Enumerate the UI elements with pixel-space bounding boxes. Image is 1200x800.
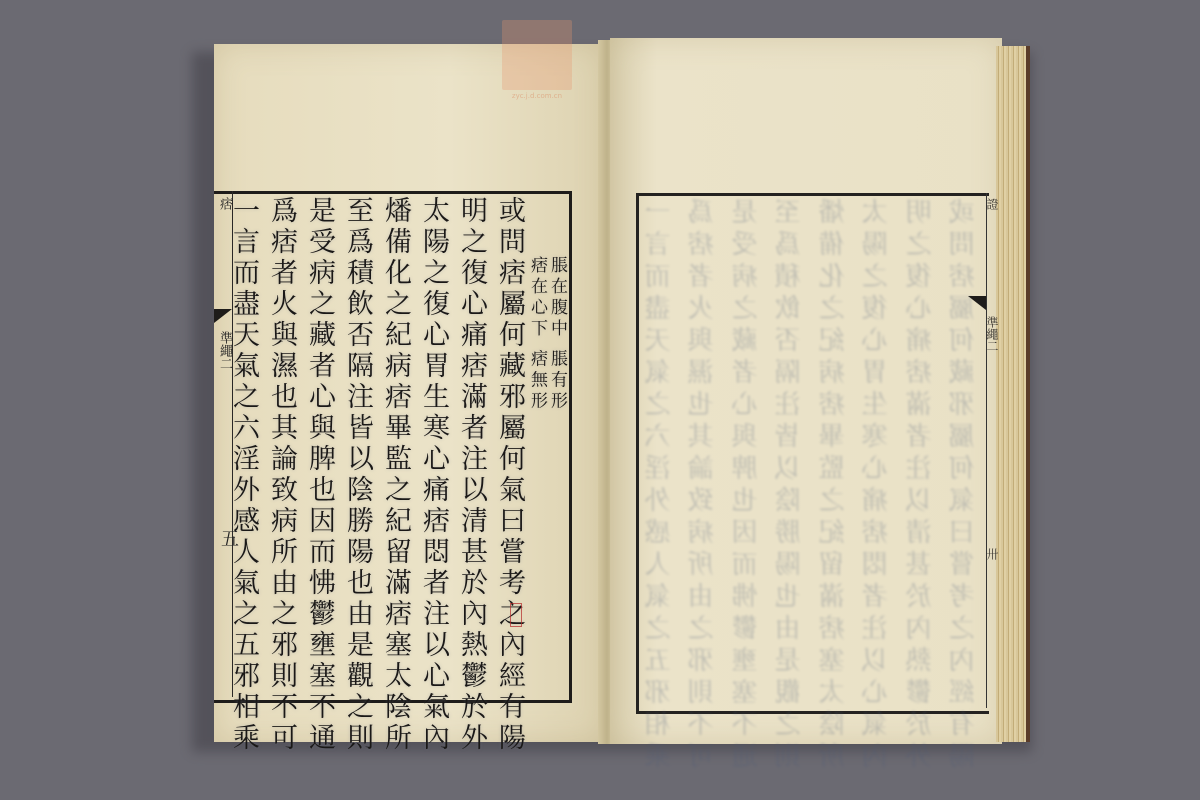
- right-folio-number: 卅: [984, 548, 1001, 560]
- bleed-through-text: 一言而盡天氣之六淫外感人氣之五邪相乘 爲痞者火與濕也其論致病所由之邪則不可 是受…: [642, 198, 982, 703]
- right-block-center-line: [986, 193, 987, 708]
- ghost-column: 至爲積飲否隔注皆以陰勝陽也由是觀之則: [772, 198, 808, 703]
- text-column: 燔備化之紀病痞畢監之紀留滿痞塞太陰所: [376, 196, 414, 694]
- text-column: 是受病之藏者心與脾也因而怫鬱壅塞不通: [300, 196, 338, 694]
- right-fishtail-mark-icon: [968, 296, 986, 310]
- ghost-column: 太陽之復心胃生寒心痛痞悶者注以心氣內: [859, 198, 895, 703]
- ghost-column: 一言而盡天氣之六淫外感人氣之五邪相乘: [642, 198, 678, 703]
- annotation-line: 脹在腹中 脹有形: [548, 256, 566, 694]
- heading-annotation-column: 脹在腹中 脹有形 痞在心下 痞無形: [528, 196, 566, 694]
- annotation-line: 痞在心下 痞無形: [528, 256, 546, 694]
- text-column: 至爲積飲否隔注皆以陰勝陽也由是觀之則: [338, 196, 376, 694]
- page-edges: [996, 46, 1030, 742]
- ghost-column: 明之復心痛痞滿者注以清甚於內熱鬱於外: [903, 198, 939, 703]
- library-seal-stamp: [502, 20, 572, 90]
- text-column: 或問痞屬何藏邪屬何氣曰嘗考之內經有陽: [490, 196, 528, 694]
- text-column: 爲痞者火與濕也其論致病所由之邪則不可: [262, 196, 300, 694]
- right-margin-title: 證: [984, 198, 1001, 210]
- red-ink-mark: [510, 603, 522, 627]
- ghost-column: 爲痞者火與濕也其論致病所由之邪則不可: [685, 198, 721, 703]
- text-column: 一言而盡天氣之六淫外感人氣之五邪相乘: [224, 196, 262, 694]
- right-margin-volume-label: 準繩二: [984, 316, 1001, 352]
- ghost-column: 或問痞屬何藏邪屬何氣曰嘗考之內經有陽: [946, 198, 982, 703]
- text-column: 太陽之復心胃生寒心痛痞悶者注以心氣內: [414, 196, 452, 694]
- ghost-column: 燔備化之紀病痞畢監之紀留滿痞塞太陰所: [816, 198, 852, 703]
- seal-caption: zyc.j.d.com.cn: [498, 92, 576, 100]
- ghost-column: 是受病之藏者心與脾也因而怫鬱壅塞不通: [729, 198, 765, 703]
- text-column: 明之復心痛痞滿者注以清甚於內熱鬱於外: [452, 196, 490, 694]
